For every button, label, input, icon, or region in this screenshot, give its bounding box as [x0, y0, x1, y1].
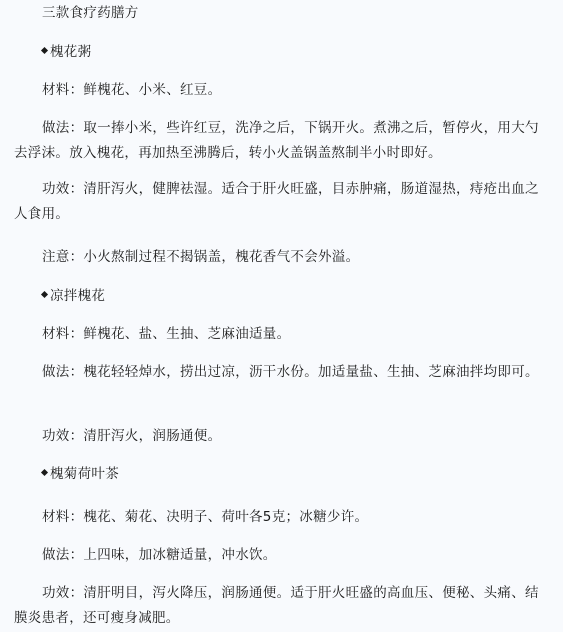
recipe-name-3: 槐菊荷叶茶: [50, 466, 119, 482]
diamond-bullet-icon: [41, 468, 48, 475]
recipe-heading-2: 凉拌槐花: [14, 284, 546, 309]
recipe-3-effect: 功效：清肝明目，泻火降压，润肠通便。适于肝火旺盛的高血压、便秘、头痛、结膜炎患者…: [14, 581, 546, 631]
recipe-1-method: 做法：取一捧小米，些许红豆，洗净之后，下锅开火。煮沸之后，暂停火，用大勺去浮沫。…: [14, 116, 546, 166]
recipe-heading-1: 槐花粥: [14, 40, 546, 65]
recipe-1-effect: 功效：清肝泻火，健脾祛湿。适合于肝火旺盛，目赤肿痛，肠道湿热，痔疮出血之人食用。: [14, 177, 546, 227]
diamond-bullet-icon: [41, 46, 48, 53]
recipe-heading-3: 槐菊荷叶茶: [14, 462, 546, 487]
diamond-bullet-icon: [41, 290, 48, 297]
article-body: 三款食疗药膳方 槐花粥 材料：鲜槐花、小米、红豆。 做法：取一捧小米，些许红豆，…: [0, 0, 563, 632]
article-title: 三款食疗药膳方: [14, 1, 546, 26]
recipe-1-note: 注意：小火熬制过程不揭锅盖，槐花香气不会外溢。: [14, 245, 546, 270]
recipe-2-method: 做法：槐花轻轻焯水，捞出过凉，沥干水份。加适量盐、生抽、芝麻油拌均即可。: [14, 360, 546, 385]
recipe-2-materials: 材料：鲜槐花、盐、生抽、芝麻油适量。: [14, 322, 546, 347]
recipe-2-effect: 功效：清肝泻火，润肠通便。: [14, 424, 546, 449]
recipe-3-method: 做法：上四味，加冰糖适量，冲水饮。: [14, 543, 546, 568]
recipe-3-materials: 材料：槐花、菊花、决明子、荷叶各5克；冰糖少许。: [14, 505, 546, 530]
recipe-1-materials: 材料：鲜槐花、小米、红豆。: [14, 78, 546, 103]
recipe-name-1: 槐花粥: [50, 44, 91, 60]
recipe-name-2: 凉拌槐花: [50, 288, 105, 304]
